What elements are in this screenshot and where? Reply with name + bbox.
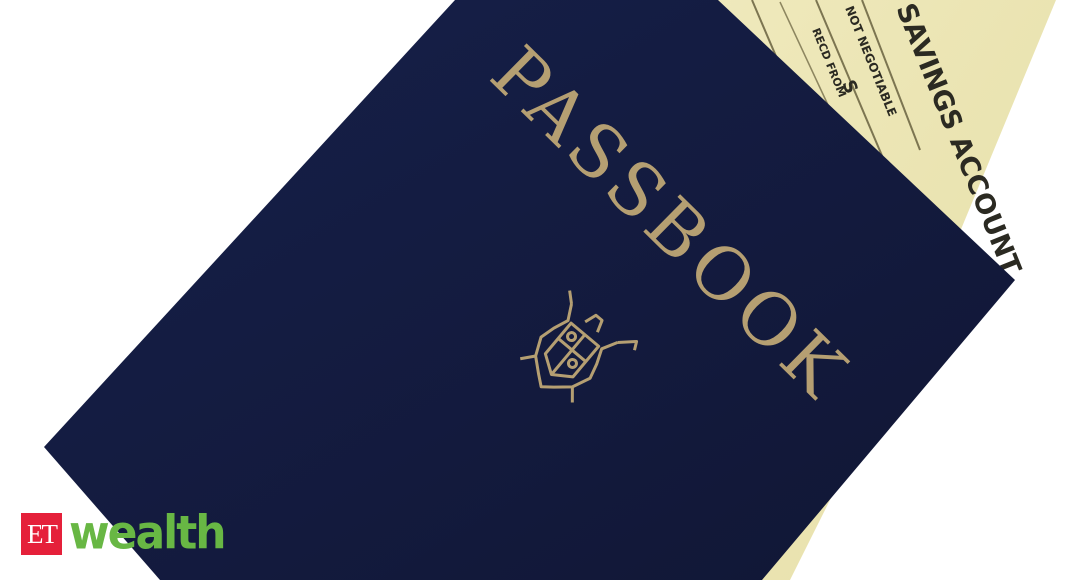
et-badge: ET (21, 513, 62, 555)
et-wealth-logo: ET wealth (21, 513, 225, 555)
wealth-wordmark: wealth (69, 512, 225, 556)
passbook-scene: SAVINGS ACCOUNT NOT NEGOTIABLE RECD FROM… (0, 0, 1070, 580)
thumbnail-image: SAVINGS ACCOUNT NOT NEGOTIABLE RECD FROM… (0, 0, 1070, 580)
et-badge-text: ET (27, 519, 56, 550)
